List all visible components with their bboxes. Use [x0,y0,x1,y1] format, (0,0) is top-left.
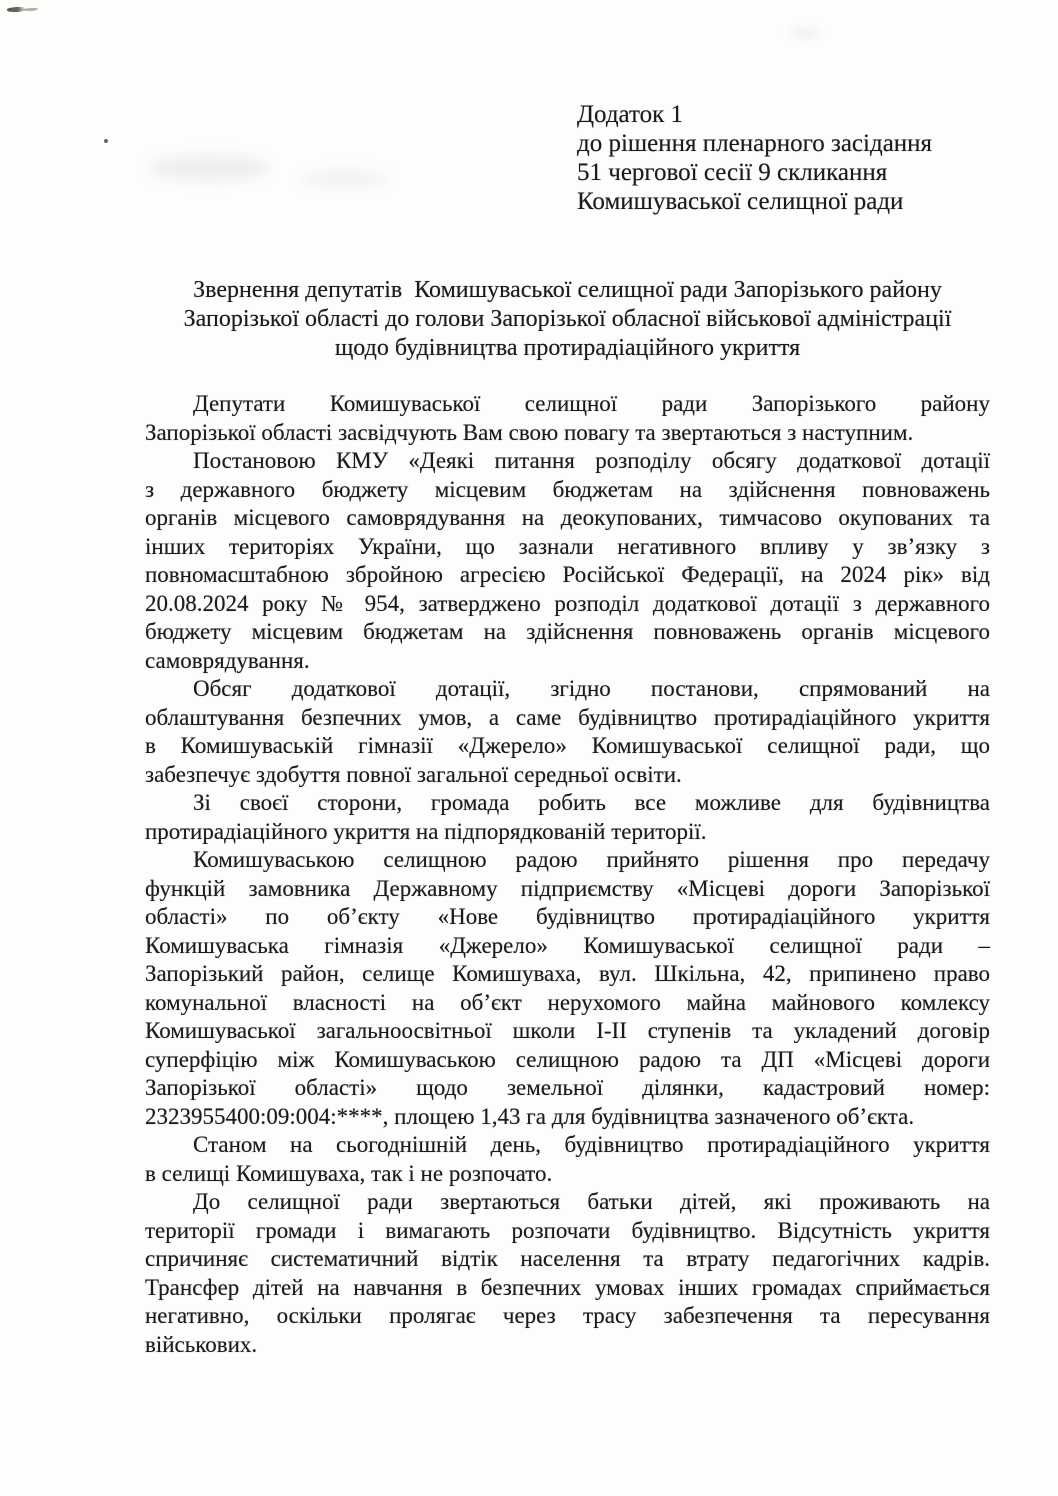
scanned-document-page: Додаток 1до рішення пленарного засідання… [0,0,1058,1496]
scan-blur-artifact [300,170,390,188]
text-line: з державного бюджету місцевим бюджетам н… [145,476,990,505]
document-body: Депутати Комишуваської селищної ради Зап… [145,390,990,1359]
scan-smudge-artifact [24,8,38,12]
text-line: Додаток 1 [577,100,997,129]
scan-blur-artifact [790,28,820,38]
text-line: Зі своєї сторони, громада робить все мож… [145,789,990,818]
text-line: Запорізької області» щодо земельної діля… [145,1074,990,1103]
paragraph: Обсяг додаткової дотації, згідно постано… [145,675,990,789]
text-line: в Комишуваській гімназії «Джерело» Комиш… [145,732,990,761]
text-line: Обсяг додаткової дотації, згідно постано… [145,675,990,704]
text-line: Станом на сьогоднішній день, будівництво… [145,1131,990,1160]
text-line: Депутати Комишуваської селищної ради Зап… [145,390,990,419]
document-title: Звернення депутатів Комишуваської селищн… [145,276,990,363]
text-line: Запорізький район, селище Комишуваха, ву… [145,960,990,989]
scan-smudge-artifact [7,6,27,12]
text-line: в селищі Комишуваха, так і не розпочато. [145,1160,990,1189]
scan-dot-artifact [104,139,108,143]
text-line: повномасштабною збройною агресією Російс… [145,561,990,590]
text-line: 20.08.2024 року № 954, затверджено розпо… [145,590,990,619]
annex-reference-block: Додаток 1до рішення пленарного засідання… [577,100,997,216]
text-line: Запорізької області засвідчують Вам свою… [145,419,990,448]
text-line: негативно, оскільки пролягає через трасу… [145,1302,990,1331]
text-line: 2323955400:09:004:****, площею 1,43 га д… [145,1103,990,1132]
text-line: суперфіцію між Комишуваською селищною ра… [145,1046,990,1075]
text-line: військових. [145,1331,990,1360]
text-line: Комишуваської загальноосвітньої школи І-… [145,1017,990,1046]
paragraph: До селищної ради звертаються батьки діте… [145,1188,990,1359]
text-line: самоврядування. [145,647,990,676]
text-line: Звернення депутатів Комишуваської селищн… [145,276,990,305]
text-line: території громади і вимагають розпочати … [145,1217,990,1246]
text-line: 51 чергової сесії 9 скликання [577,158,997,187]
text-line: інших територіях України, що зазнали нег… [145,533,990,562]
scan-blur-artifact [150,155,270,181]
text-line: Трансфер дітей на навчання в безпечних у… [145,1274,990,1303]
text-line: протирадіаційного укриття на підпорядков… [145,818,990,847]
text-line: функцій замовника Державному підприємств… [145,875,990,904]
text-line: комунальної власності на об’єкт нерухомо… [145,989,990,1018]
text-line: до рішення пленарного засідання [577,129,997,158]
text-line: Запорізької області до голови Запорізько… [145,305,990,334]
text-line: облаштування безпечних умов, а саме буді… [145,704,990,733]
text-line: органів місцевого самоврядування на деок… [145,504,990,533]
paragraph: Станом на сьогоднішній день, будівництво… [145,1131,990,1188]
paragraph: Комишуваською селищною радою прийнято рі… [145,846,990,1131]
paragraph: Зі своєї сторони, громада робить все мож… [145,789,990,846]
text-line: спричиняє систематичний відтік населення… [145,1245,990,1274]
text-line: Постановою КМУ «Деякі питання розподілу … [145,447,990,476]
text-line: області» по об’єкту «Нове будівництво пр… [145,903,990,932]
paragraph: Постановою КМУ «Деякі питання розподілу … [145,447,990,675]
text-line: До селищної ради звертаються батьки діте… [145,1188,990,1217]
paragraph: Депутати Комишуваської селищної ради Зап… [145,390,990,447]
text-line: Комишуваською селищною радою прийнято рі… [145,846,990,875]
text-line: щодо будівництва протирадіаційного укрит… [145,334,990,363]
text-line: бюджету місцевим бюджетам на здійснення … [145,618,990,647]
text-line: Комишуваської селищної ради [577,187,997,216]
text-line: Комишуваська гімназія «Джерело» Комишува… [145,932,990,961]
text-line: забезпечує здобуття повної загальної сер… [145,761,990,790]
